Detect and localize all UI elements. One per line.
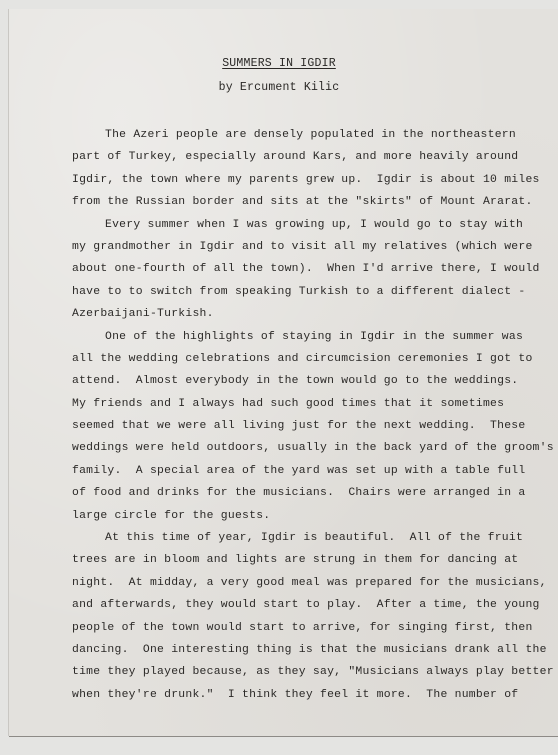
text-line: dancing. One interesting thing is that t… <box>72 639 552 661</box>
document-title: SUMMERS IN IGDIR <box>9 57 549 70</box>
text-line: my grandmother in Igdir and to visit all… <box>72 236 552 258</box>
text-line: have to to switch from speaking Turkish … <box>72 281 552 303</box>
text-line: from the Russian border and sits at the … <box>72 191 552 213</box>
text-line: time they played because, as they say, "… <box>72 661 552 683</box>
typed-page: SUMMERS IN IGDIR by Ercument Kilic The A… <box>9 9 558 736</box>
text-line: of food and drinks for the musicians. Ch… <box>72 482 552 504</box>
text-line: people of the town would start to arrive… <box>72 617 552 639</box>
text-line: Igdir, the town where my parents grew up… <box>72 169 552 191</box>
document-title-text: SUMMERS IN IGDIR <box>222 57 336 70</box>
document-byline: by Ercument Kilic <box>9 81 549 94</box>
document-body: The Azeri people are densely populated i… <box>72 124 552 706</box>
text-line: seemed that we were all living just for … <box>72 415 552 437</box>
text-line: Azerbaijani-Turkish. <box>72 303 552 325</box>
text-line: My friends and I always had such good ti… <box>72 393 552 415</box>
text-line: One of the highlights of staying in Igdi… <box>72 326 552 348</box>
text-line: trees are in bloom and lights are strung… <box>72 549 552 571</box>
text-line: part of Turkey, especially around Kars, … <box>72 146 552 168</box>
text-line: Every summer when I was growing up, I wo… <box>72 214 552 236</box>
text-line: attend. Almost everybody in the town wou… <box>72 370 552 392</box>
text-line: night. At midday, a very good meal was p… <box>72 572 552 594</box>
text-line: when they're drunk." I think they feel i… <box>72 684 552 706</box>
text-line: and afterwards, they would start to play… <box>72 594 552 616</box>
text-line: At this time of year, Igdir is beautiful… <box>72 527 552 549</box>
text-line: all the wedding celebrations and circumc… <box>72 348 552 370</box>
text-line: family. A special area of the yard was s… <box>72 460 552 482</box>
text-line: large circle for the guests. <box>72 505 552 527</box>
text-line: The Azeri people are densely populated i… <box>72 124 552 146</box>
text-line: weddings were held outdoors, usually in … <box>72 437 552 459</box>
text-line: about one-fourth of all the town). When … <box>72 258 552 280</box>
